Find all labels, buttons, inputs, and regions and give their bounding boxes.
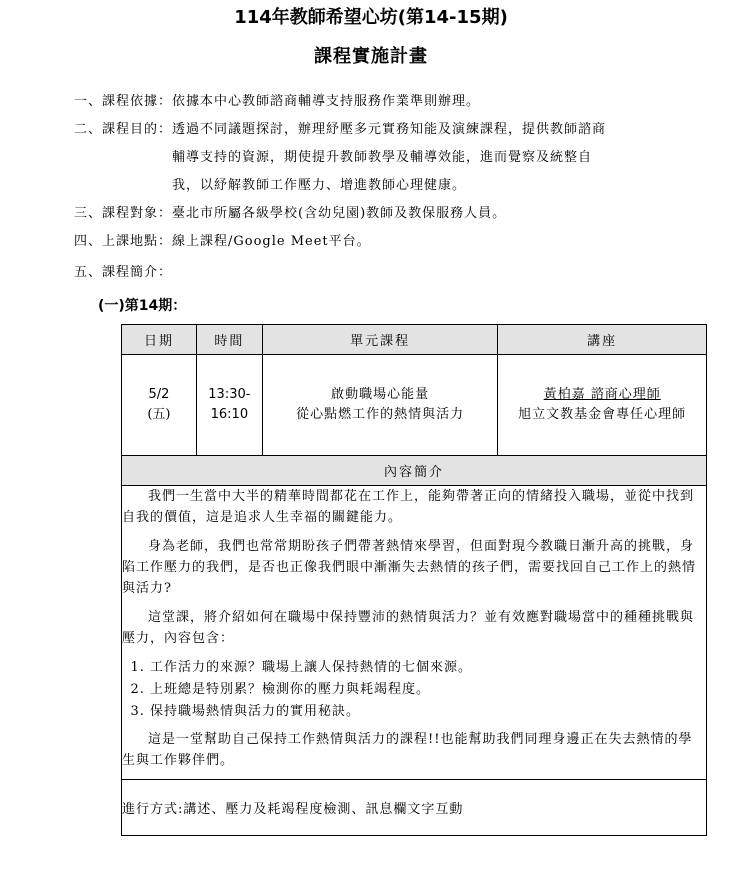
section-text: 輔導支持的資源，期使提升教師教學及輔導效能，進而覺察及統整自 [172,144,606,172]
section-label: 四、上課地點： [74,228,172,256]
intro-paragraph: 我們一生當中大半的精華時間都花在工作上，能夠帶著正向的情緒投入職場，並從中找到自… [122,486,706,528]
time-cell: 13:30- 16:10 [196,355,262,456]
section-audience: 三、課程對象：臺北市所屬各級學校(含幼兒園)教師及教保服務人員。 [74,200,506,228]
section-basis: 一、課程依據：依據本中心教師諮商輔導支持服務作業準則辦理。 [74,88,480,116]
course-subtitle: 從心點燃工作的熱情與活力 [263,405,498,425]
lecturer-org: 旭立文教基金會專任心理師 [498,405,706,425]
section-location: 四、上課地點：線上課程/Google Meet平台。 [74,228,371,256]
intro-paragraph: 這堂課，將介紹如何在職場中保持豐沛的熱情與活力？並有效應對職場當中的種種挑戰與壓… [122,607,706,649]
section-text: 我，以紓解教師工作壓力、增進教師心理健康。 [172,172,606,200]
section-label: 二、課程目的： [74,116,172,144]
section-label: 三、課程對象： [74,200,172,228]
list-item: 上班總是特別累？檢測你的壓力與耗竭程度。 [150,679,706,701]
method-text: 進行方式:講述、壓力及耗竭程度檢測、訊息欄文字互動 [122,780,707,836]
method-row: 進行方式:講述、壓力及耗竭程度檢測、訊息欄文字互動 [122,780,707,836]
header-time: 時間 [196,325,262,355]
session-heading: (一)第14期： [98,292,186,320]
weekday: (五) [122,405,196,425]
time-start: 13:30- [197,385,262,405]
course-title: 啟動職場心能量 [263,385,498,405]
date-cell: 5/2 (五) [122,355,197,456]
lecturer-cell: 黃柏嘉 諮商心理師 旭立文教基金會專任心理師 [498,355,707,456]
document-subtitle: 課程實施計畫 [0,45,742,69]
intro-content-row: 我們一生當中大半的精華時間都花在工作上，能夠帶著正向的情緒投入職場，並從中找到自… [122,486,707,780]
course-table: 日期 時間 單元課程 講座 5/2 (五) 13:30- 16:10 啟動職場心… [121,324,707,836]
course-cell: 啟動職場心能量 從心點燃工作的熱情與活力 [262,355,498,456]
lecturer-name: 黃柏嘉 諮商心理師 [498,385,706,405]
intro-paragraph: 身為老師，我們也常常期盼孩子們帶著熱情來學習，但面對現今教職日漸升高的挑戰，身陷… [122,536,706,599]
document-title: 114年教師希望心坊(第14-15期) [0,6,742,30]
intro-content: 我們一生當中大半的精華時間都花在工作上，能夠帶著正向的情緒投入職場，並從中找到自… [122,486,707,780]
section-text: 臺北市所屬各級學校(含幼兒園)教師及教保服務人員。 [172,200,506,228]
list-item: 工作活力的來源？職場上讓人保持熱情的七個來源。 [150,657,706,679]
table-row: 5/2 (五) 13:30- 16:10 啟動職場心能量 從心點燃工作的熱情與活… [122,355,707,456]
section-label: 五、課程簡介： [74,259,172,287]
header-lecturer: 講座 [498,325,707,355]
table-header-row: 日期 時間 單元課程 講座 [122,325,707,355]
header-course: 單元課程 [262,325,498,355]
intro-header: 內容簡介 [122,456,707,486]
section-text: 依據本中心教師諮商輔導支持服務作業準則辦理。 [172,88,480,116]
section-label: 一、課程依據： [74,88,172,116]
intro-header-row: 內容簡介 [122,456,707,486]
header-date: 日期 [122,325,197,355]
section-intro: 五、課程簡介： [74,259,172,287]
time-end: 16:10 [197,405,262,425]
intro-closing: 這是一堂幫助自己保持工作熱情與活力的課程!!也能幫助我們同理身邊正在失去熱情的學… [122,729,706,771]
section-purpose: 二、課程目的： 透過不同議題探討，辦理紓壓多元實務知能及演練課程，提供教師諮商 … [74,116,606,200]
date: 5/2 [122,385,196,405]
list-item: 保持職場熱情與活力的實用秘訣。 [150,701,706,723]
section-text: 線上課程/Google Meet平台。 [172,228,371,256]
intro-list: 工作活力的來源？職場上讓人保持熱情的七個來源。 上班總是特別累？檢測你的壓力與耗… [122,657,706,723]
section-text: 透過不同議題探討，辦理紓壓多元實務知能及演練課程，提供教師諮商 [172,116,606,144]
